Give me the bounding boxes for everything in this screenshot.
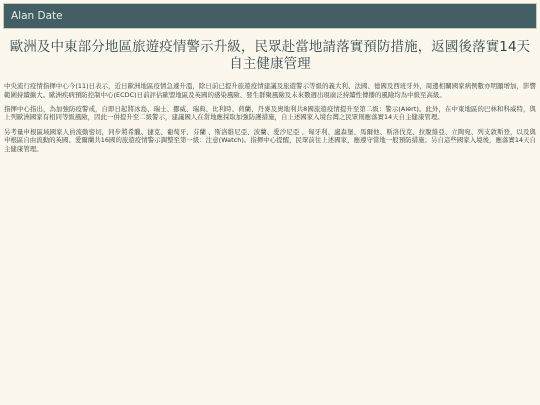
- header-title: Alan Date: [11, 9, 63, 23]
- article-title: 歐洲及中東部分地區旅遊疫情警示升級，民眾赴當地請落實預防措施，返國後落實14天自…: [4, 39, 536, 73]
- article-paragraph-2: 指揮中心指出，為加強防疫警戒，自即日起將冰島、瑞士、挪威、瑞典、比利時、荷蘭、丹…: [4, 105, 536, 122]
- article-paragraph-3: 另考量申根區域國家人員流動密切，同步將希臘、捷克、葡萄牙、芬蘭 、斯洛維尼亞、波…: [4, 128, 536, 154]
- article-body: 中央流行疫情指揮中心今(11)日表示，近日歐洲地區疫情急遽升溫，除日前已提升旅遊…: [4, 82, 536, 159]
- app-header: Alan Date: [3, 3, 537, 29]
- article-paragraph-1: 中央流行疫情指揮中心今(11)日表示，近日歐洲地區疫情急遽升溫，除日前已提升旅遊…: [4, 82, 536, 99]
